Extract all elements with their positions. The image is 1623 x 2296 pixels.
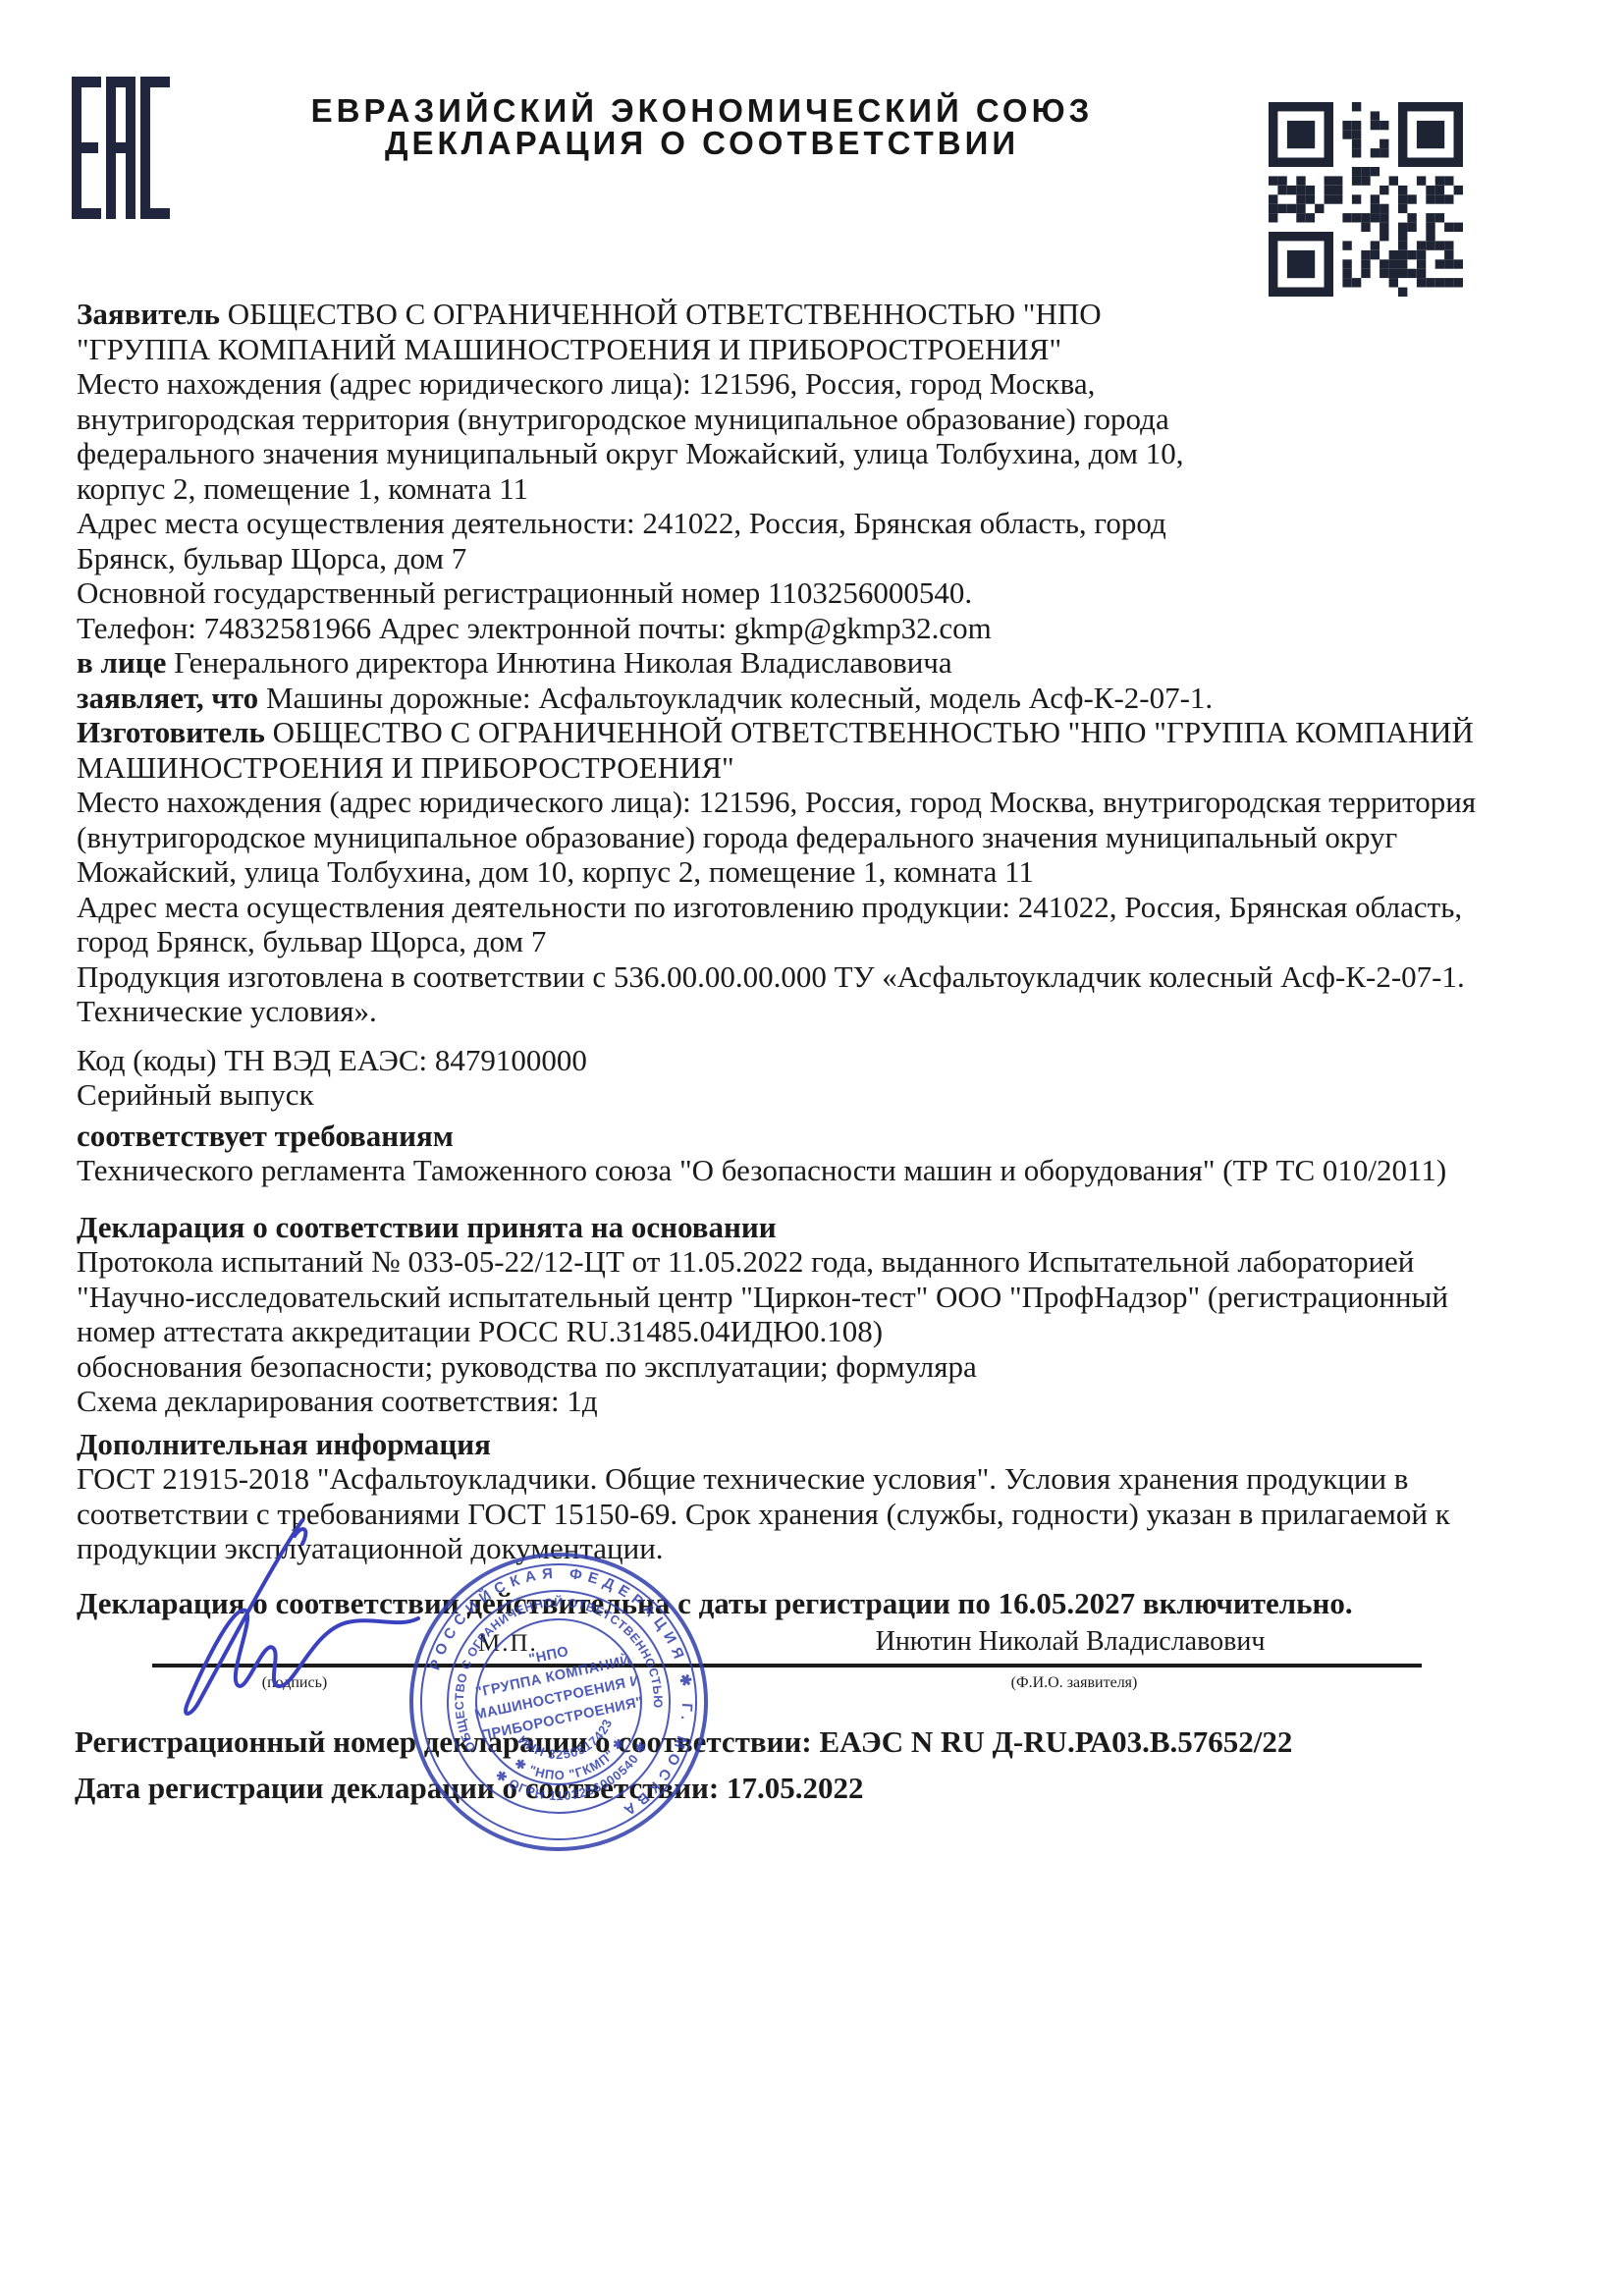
text-line: Технического регламента Таможенного союз… xyxy=(77,1153,1476,1188)
text-line: в лице Генерального директора Инютина Ни… xyxy=(77,645,1476,681)
text-line: "Научно-исследовательский испытательный … xyxy=(77,1280,1476,1315)
text-line: обоснования безопасности; руководства по… xyxy=(77,1349,1476,1385)
text-line: Заявитель ОБЩЕСТВО С ОГРАНИЧЕННОЙ ОТВЕТС… xyxy=(77,297,1476,332)
qr-code xyxy=(1269,102,1463,297)
company-stamp: РОССИЙСКАЯ ФЕДЕРАЦИЯ ✱ Г. МОСКВА ОБЩЕСТВ… xyxy=(397,1540,721,1864)
document-title: ЕВРАЗИЙСКИЙ ЭКОНОМИЧЕСКИЙ СОЮЗ ДЕКЛАРАЦИ… xyxy=(152,94,1252,159)
text-line: город Брянск, бульвар Щорса, дом 7 xyxy=(77,924,1476,959)
text-line: соответствует требованиям xyxy=(77,1119,1476,1154)
text-line: Продукция изготовлена в соответствии с 5… xyxy=(77,959,1476,995)
text-line: (внутригородское муниципальное образован… xyxy=(77,820,1476,855)
text-line: Можайский, улица Толбухина, дом 10, корп… xyxy=(77,854,1476,890)
handwritten-signature xyxy=(147,1514,422,1725)
text-line: корпус 2, помещение 1, комната 11 xyxy=(77,471,1476,507)
text-line: Основной государственный регистрационный… xyxy=(77,575,1476,611)
signature-stroke xyxy=(186,1520,418,1714)
body-text: Заявитель ОБЩЕСТВО С ОГРАНИЧЕННОЙ ОТВЕТС… xyxy=(77,297,1476,1620)
text-line: номер аттестата аккредитации РОСС RU.314… xyxy=(77,1314,1476,1349)
text-line: Изготовитель ОБЩЕСТВО С ОГРАНИЧЕННОЙ ОТВ… xyxy=(77,715,1476,750)
text-line: Декларация о соответствии принята на осн… xyxy=(77,1210,1476,1245)
text-line: Дополнительная информация xyxy=(77,1427,1476,1462)
applicant-name: Инютин Николай Владиславович xyxy=(785,1626,1355,1658)
text-line: Серийный выпуск xyxy=(77,1077,1476,1113)
text-line: Технические условия». xyxy=(77,994,1476,1029)
text-line: Брянск, бульвар Щорса, дом 7 xyxy=(77,541,1476,576)
text-line: внутригородская территория (внутригородс… xyxy=(77,402,1476,437)
signature-flourish xyxy=(295,1529,305,1544)
applicant-name-caption: (Ф.И.О. заявителя) xyxy=(986,1674,1163,1692)
text-line: Протокола испытаний № 033-05-22/12-ЦТ от… xyxy=(77,1244,1476,1280)
text-line: федерального значения муниципальный окру… xyxy=(77,436,1476,471)
text-line: Место нахождения (адрес юридического лиц… xyxy=(77,785,1476,820)
title-line-declaration: ДЕКЛАРАЦИЯ О СООТВЕТСТВИИ xyxy=(152,127,1252,159)
text-line: ГОСТ 21915-2018 "Асфальтоукладчики. Общи… xyxy=(77,1461,1476,1497)
text-line: Код (коды) ТН ВЭД ЕАЭС: 8479100000 xyxy=(77,1043,1476,1078)
text-line: Адрес места осуществления деятельности п… xyxy=(77,890,1476,925)
stamp-center-line-1: "НПО xyxy=(527,1644,569,1667)
text-line: Адрес места осуществления деятельности: … xyxy=(77,506,1476,541)
text-line: Схема декларирования соответствия: 1д xyxy=(77,1384,1476,1419)
title-line-union: ЕВРАЗИЙСКИЙ ЭКОНОМИЧЕСКИЙ СОЮЗ xyxy=(152,94,1252,127)
text-line: Телефон: 74832581966 Адрес электронной п… xyxy=(77,611,1476,646)
text-line: МАШИНОСТРОЕНИЯ И ПРИБОРОСТРОЕНИЯ" xyxy=(77,750,1476,786)
text-line: "ГРУППА КОМПАНИЙ МАШИНОСТРОЕНИЯ И ПРИБОР… xyxy=(77,332,1476,367)
text-line: заявляет, что Машины дорожные: Асфальтоу… xyxy=(77,681,1476,716)
text-line: Место нахождения (адрес юридического лиц… xyxy=(77,366,1476,402)
